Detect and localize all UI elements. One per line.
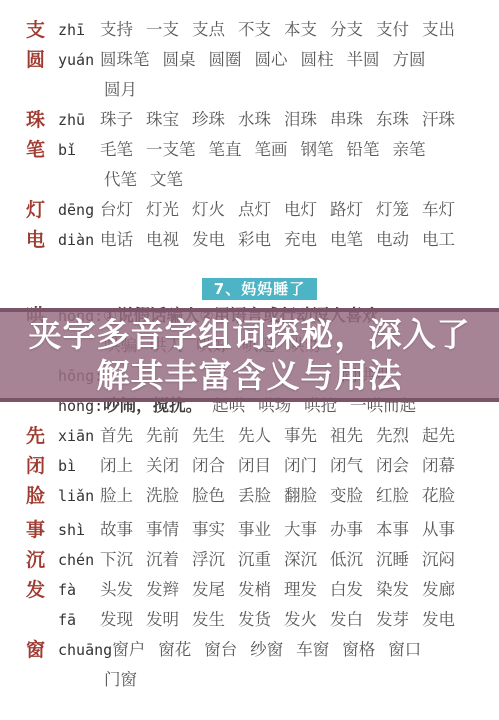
- word: 闭合: [192, 456, 225, 475]
- word: 沉重: [238, 550, 271, 569]
- word: 窗台: [204, 640, 237, 659]
- word-row: 笔bǐ毛笔一支笔笔直笔画钢笔铅笔亲笔: [26, 134, 493, 164]
- word: 丢脸: [238, 486, 271, 505]
- pinyin: zhī: [58, 15, 100, 45]
- word: 本事: [376, 520, 409, 539]
- pinyin: bì: [58, 451, 100, 481]
- word: 方圆: [393, 50, 426, 69]
- word: 钢笔: [301, 140, 334, 159]
- pinyin: xiān: [58, 421, 100, 451]
- head-character: 闭: [26, 451, 58, 481]
- word-row: 发fà头发发辫发尾发梢理发白发染发发廊: [26, 574, 493, 604]
- word: 先人: [238, 426, 271, 445]
- pinyin: yuán: [58, 45, 100, 75]
- word: 不支: [238, 20, 271, 39]
- word: 发生: [192, 610, 225, 629]
- head-character: 事: [26, 515, 58, 545]
- head-character: 发: [26, 575, 58, 605]
- word-row: 事shì故事事情事实事业大事办事本事从事: [26, 514, 493, 544]
- word: 发明: [146, 610, 179, 629]
- word: 发辫: [146, 580, 179, 599]
- pinyin: dēng: [58, 195, 100, 225]
- word: 灯火: [192, 200, 225, 219]
- word: 圆心: [255, 50, 288, 69]
- word: 深沉: [284, 550, 317, 569]
- word-row: 窗chuāng窗户窗花窗台纱窗车窗窗格窗口: [26, 634, 493, 664]
- word: 电动: [376, 230, 409, 249]
- word: 水珠: [238, 110, 271, 129]
- word: 白发: [330, 580, 363, 599]
- word: 毛笔: [100, 140, 133, 159]
- word: 闭门: [284, 456, 317, 475]
- word: 翻脸: [284, 486, 317, 505]
- word: 泪珠: [284, 110, 317, 129]
- word: 汗珠: [422, 110, 455, 129]
- word-row: 沉chén下沉沉着浮沉沉重深沉低沉沉睡沉闷: [26, 544, 493, 574]
- top-word-rows: 支zhī支持一支支点不支本支分支支付支出圆yuán圆珠笔圆桌圆圈圆心圆柱半圆方圆…: [26, 14, 493, 254]
- word: 事实: [192, 520, 225, 539]
- word: 沉着: [146, 550, 179, 569]
- word: 代笔: [104, 170, 137, 189]
- word-row: 先xiān首先先前先生先人事先祖先先烈起先: [26, 420, 493, 450]
- word-cont-row: 代笔文笔: [26, 164, 493, 194]
- word-row: 电diàn电话电视发电彩电充电电笔电动电工: [26, 224, 493, 254]
- word: 闭上: [100, 456, 133, 475]
- head-character: 支: [26, 15, 58, 45]
- word: 窗花: [158, 640, 191, 659]
- word: 笔画: [255, 140, 288, 159]
- word: 电灯: [284, 200, 317, 219]
- word-cont-row: 圆月: [26, 74, 493, 104]
- word: 分支: [330, 20, 363, 39]
- word: 发梢: [238, 580, 271, 599]
- word-row: fā发现发明发生发货发火发白发芽发电: [26, 604, 493, 634]
- word: 圆月: [104, 80, 137, 99]
- word: 电笔: [330, 230, 363, 249]
- word: 发货: [238, 610, 271, 629]
- word-row: 脸liǎn脸上洗脸脸色丢脸翻脸变脸红脸花脸: [26, 480, 493, 510]
- head-character: 沉: [26, 545, 58, 575]
- word: 门窗: [104, 670, 137, 689]
- word-row: 支zhī支持一支支点不支本支分支支付支出: [26, 14, 493, 44]
- word-row: 闭bì闭上关闭闭合闭目闭门闭气闭会闭幕: [26, 450, 493, 480]
- word: 路灯: [330, 200, 363, 219]
- section-banner: 7、妈妈睡了: [202, 278, 317, 300]
- word: 支付: [376, 20, 409, 39]
- word-row: 灯dēng台灯灯光灯火点灯电灯路灯灯笼车灯: [26, 194, 493, 224]
- word: 办事: [330, 520, 363, 539]
- word: 台灯: [100, 200, 133, 219]
- word: 窗户: [112, 640, 145, 659]
- word: 脸色: [192, 486, 225, 505]
- word: 先烈: [376, 426, 409, 445]
- word: 窗格: [342, 640, 375, 659]
- word: 笔直: [209, 140, 242, 159]
- word: 灯光: [146, 200, 179, 219]
- word: 车灯: [422, 200, 455, 219]
- pinyin: liǎn: [58, 481, 100, 511]
- word: 充电: [284, 230, 317, 249]
- word: 事情: [146, 520, 179, 539]
- word: 串珠: [330, 110, 363, 129]
- word: 本支: [284, 20, 317, 39]
- word: 浮沉: [192, 550, 225, 569]
- title-overlay-card: 夹字多音字组词探秘，深入了 解其丰富含义与用法: [0, 308, 499, 402]
- word: 脸上: [100, 486, 133, 505]
- head-character: 脸: [26, 481, 58, 511]
- word: 铅笔: [347, 140, 380, 159]
- word: 点灯: [238, 200, 271, 219]
- overlay-title-line2: 解其丰富含义与用法: [97, 355, 403, 396]
- word: 支点: [192, 20, 225, 39]
- word: 发芽: [376, 610, 409, 629]
- word: 染发: [376, 580, 409, 599]
- word: 事业: [238, 520, 271, 539]
- word: 洗脸: [146, 486, 179, 505]
- word: 沉闷: [422, 550, 455, 569]
- word: 圆珠笔: [100, 50, 150, 69]
- word: 半圆: [347, 50, 380, 69]
- word: 车窗: [296, 640, 329, 659]
- word: 大事: [284, 520, 317, 539]
- word-row: 圆yuán圆珠笔圆桌圆圈圆心圆柱半圆方圆: [26, 44, 493, 74]
- word-cont-row: 门窗: [26, 664, 493, 694]
- head-character: 先: [26, 421, 58, 451]
- word: 发现: [100, 610, 133, 629]
- word: 电话: [100, 230, 133, 249]
- pinyin: zhū: [58, 105, 100, 135]
- word: 支出: [422, 20, 455, 39]
- word: 故事: [100, 520, 133, 539]
- word: 下沉: [100, 550, 133, 569]
- word: 花脸: [422, 486, 455, 505]
- word: 彩电: [238, 230, 271, 249]
- head-character: 圆: [26, 45, 58, 75]
- word: 头发: [100, 580, 133, 599]
- pinyin: bǐ: [58, 135, 100, 165]
- word: 发尾: [192, 580, 225, 599]
- word: 电工: [422, 230, 455, 249]
- overlay-title-line1: 夹字多音字组词探秘，深入了: [29, 314, 471, 355]
- word: 文笔: [150, 170, 183, 189]
- word: 灯笼: [376, 200, 409, 219]
- word-row: 珠zhū珠子珠宝珍珠水珠泪珠串珠东珠汗珠: [26, 104, 493, 134]
- word: 圆桌: [163, 50, 196, 69]
- word: 圆圈: [209, 50, 242, 69]
- word: 从事: [422, 520, 455, 539]
- word: 发电: [422, 610, 455, 629]
- word: 起先: [422, 426, 455, 445]
- word: 沉睡: [376, 550, 409, 569]
- word: 一支笔: [146, 140, 196, 159]
- head-character: 灯: [26, 195, 58, 225]
- word: 纱窗: [250, 640, 283, 659]
- word: 支持: [100, 20, 133, 39]
- word: 发廊: [422, 580, 455, 599]
- word: 珠宝: [146, 110, 179, 129]
- word: 一支: [146, 20, 179, 39]
- word: 发电: [192, 230, 225, 249]
- word: 红脸: [376, 486, 409, 505]
- head-character: 笔: [26, 135, 58, 165]
- word: 东珠: [376, 110, 409, 129]
- pinyin: diàn: [58, 225, 100, 255]
- word: 变脸: [330, 486, 363, 505]
- word: 发火: [284, 610, 317, 629]
- word: 闭会: [376, 456, 409, 475]
- word: 窗口: [388, 640, 421, 659]
- pinyin: shì: [58, 515, 100, 545]
- word: 首先: [100, 426, 133, 445]
- bottom-word-rows: 先xiān首先先前先生先人事先祖先先烈起先闭bì闭上关闭闭合闭目闭门闭气闭会闭幕…: [26, 420, 493, 694]
- pinyin: fà: [58, 575, 100, 605]
- word: 圆柱: [301, 50, 334, 69]
- word: 祖先: [330, 426, 363, 445]
- word: 闭目: [238, 456, 271, 475]
- word: 闭幕: [422, 456, 455, 475]
- word: 先前: [146, 426, 179, 445]
- worksheet-page: 支zhī支持一支支点不支本支分支支付支出圆yuán圆珠笔圆桌圆圈圆心圆柱半圆方圆…: [0, 0, 499, 720]
- word: 珍珠: [192, 110, 225, 129]
- word: 事先: [284, 426, 317, 445]
- word: 关闭: [146, 456, 179, 475]
- word: 低沉: [330, 550, 363, 569]
- word: 发白: [330, 610, 363, 629]
- head-character: 电: [26, 225, 58, 255]
- word: 电视: [146, 230, 179, 249]
- section-banner-wrap: 7、妈妈睡了: [26, 278, 493, 300]
- word: 理发: [284, 580, 317, 599]
- word: 闭气: [330, 456, 363, 475]
- pinyin: fā: [58, 605, 100, 635]
- pinyin: chuāng: [58, 635, 112, 665]
- head-character: 窗: [26, 635, 58, 665]
- head-character: 珠: [26, 105, 58, 135]
- word: 珠子: [100, 110, 133, 129]
- pinyin: chén: [58, 545, 100, 575]
- word: 亲笔: [393, 140, 426, 159]
- word: 先生: [192, 426, 225, 445]
